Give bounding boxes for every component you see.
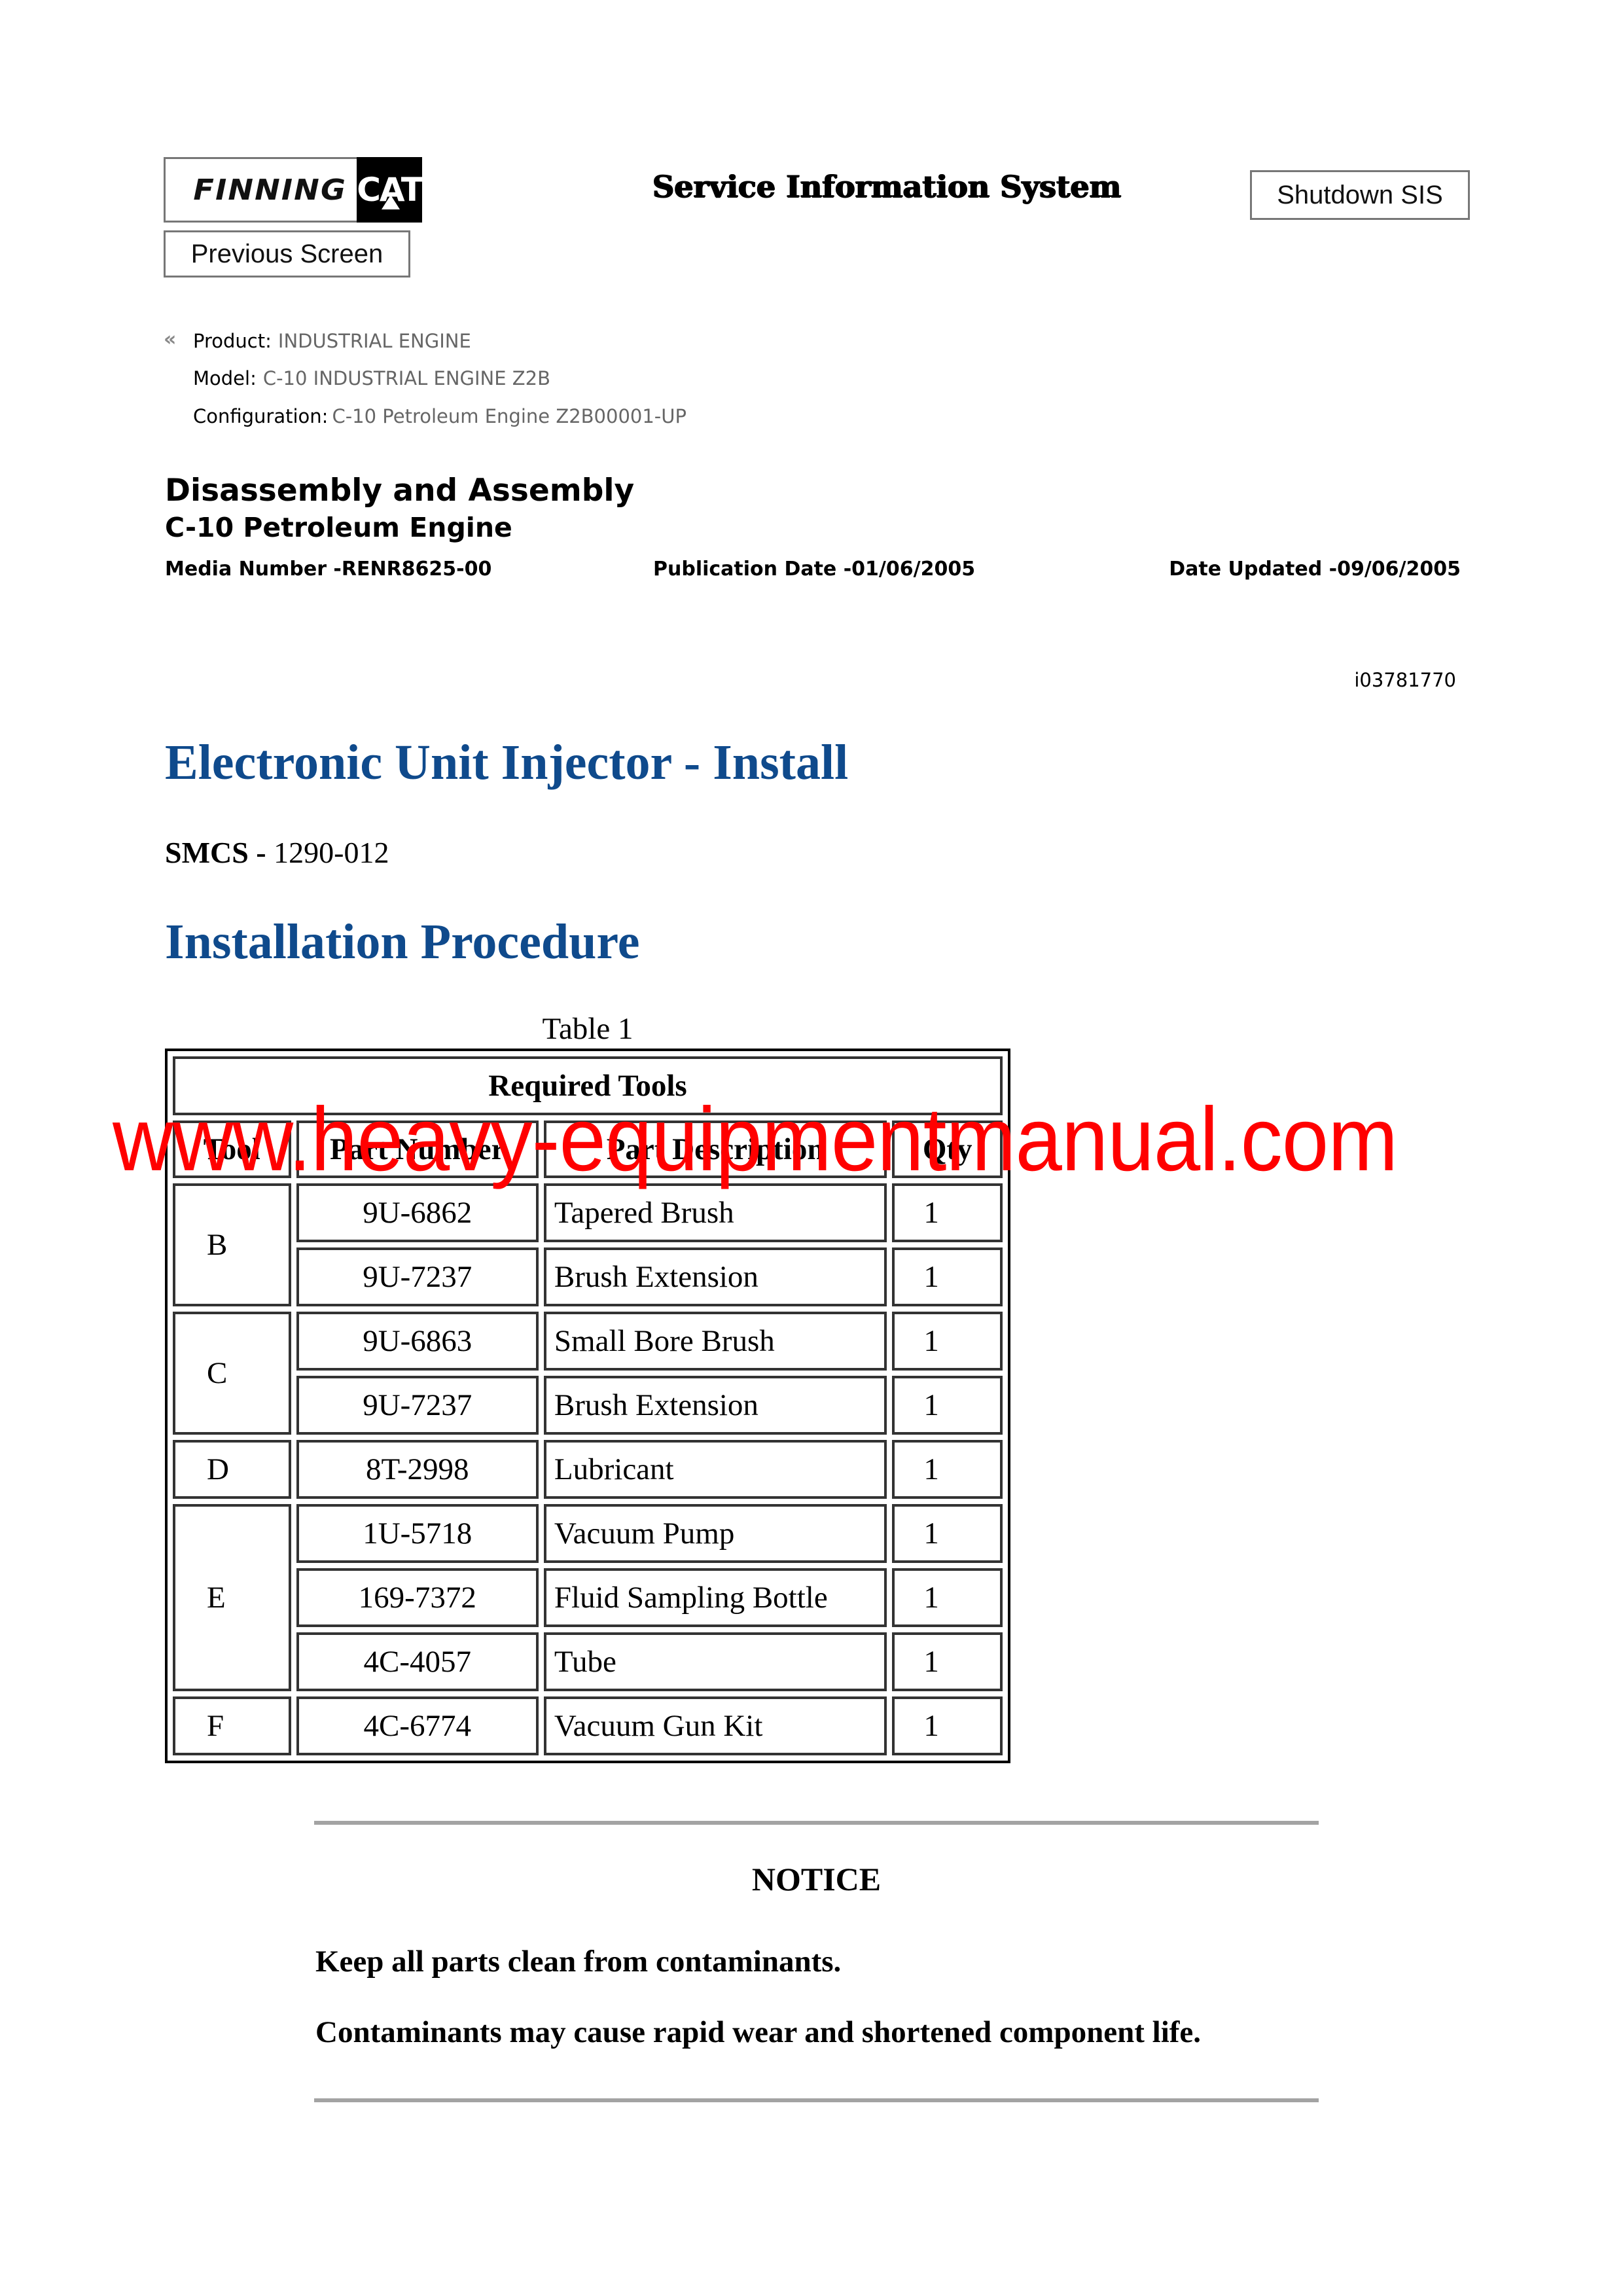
cat-triangle-icon: [382, 195, 400, 209]
table-row: D8T-2998Lubricant1: [173, 1440, 1003, 1499]
document-subtitle: C-10 Petroleum Engine: [165, 512, 512, 543]
part-number: 4C-4057: [296, 1632, 539, 1691]
breadcrumb-value: C-10 Petroleum Engine Z2B00001-UP: [332, 405, 687, 427]
part-description: Fluid Sampling Bottle: [544, 1568, 887, 1627]
notice-bottom-rule: [314, 2098, 1319, 2102]
breadcrumb-configuration: Configuration:C-10 Petroleum Engine Z2B0…: [193, 405, 687, 427]
part-number: 9U-7237: [296, 1247, 539, 1306]
quantity: 1: [892, 1568, 1003, 1627]
quantity: 1: [892, 1696, 1003, 1755]
column-header-qty: Qty: [892, 1121, 1003, 1178]
smcs-code: SMCS - 1290-012: [165, 835, 389, 870]
previous-screen-button[interactable]: Previous Screen: [164, 230, 410, 278]
breadcrumb-model: Model:C-10 INDUSTRIAL ENGINE Z2B: [193, 367, 550, 389]
table-row: 4C-4057Tube1: [173, 1632, 1003, 1691]
part-number: 4C-6774: [296, 1696, 539, 1755]
shutdown-sis-button[interactable]: Shutdown SIS: [1250, 170, 1470, 220]
quantity: 1: [892, 1312, 1003, 1371]
app-title: Service Information System: [652, 169, 1120, 204]
part-description: Tube: [544, 1632, 887, 1691]
table-row: E1U-5718Vacuum Pump1: [173, 1504, 1003, 1563]
finning-logo-text: FINNING: [193, 173, 347, 207]
notice-top-rule: [314, 1821, 1319, 1825]
table-row: 9U-7237Brush Extension1: [173, 1376, 1003, 1435]
part-description: Tapered Brush: [544, 1183, 887, 1242]
breadcrumb-value: INDUSTRIAL ENGINE: [278, 330, 471, 352]
smcs-value: 1290-012: [274, 836, 389, 869]
part-description: Brush Extension: [544, 1247, 887, 1306]
quantity: 1: [892, 1440, 1003, 1499]
table-row: B9U-6862Tapered Brush1: [173, 1183, 1003, 1242]
finning-cat-logo: FINNING CAT: [164, 157, 422, 223]
tool-letter: F: [173, 1696, 291, 1755]
table-row: C9U-6863Small Bore Brush1: [173, 1312, 1003, 1371]
page-title: Electronic Unit Injector - Install: [165, 734, 848, 791]
cat-logo-icon: CAT: [357, 157, 422, 223]
media-number: Media Number -RENR8625-00: [165, 558, 491, 581]
breadcrumb-product: Product:INDUSTRIAL ENGINE: [193, 330, 471, 352]
quantity: 1: [892, 1183, 1003, 1242]
part-number: 9U-6863: [296, 1312, 539, 1371]
tool-letter: E: [173, 1504, 291, 1691]
part-number: 9U-6862: [296, 1183, 539, 1242]
table-title: Required Tools: [173, 1056, 1003, 1115]
part-number: 169-7372: [296, 1568, 539, 1627]
notice-title: NOTICE: [314, 1860, 1319, 1898]
publication-date: Publication Date -01/06/2005: [653, 558, 975, 581]
quantity: 1: [892, 1247, 1003, 1306]
part-description: Vacuum Gun Kit: [544, 1696, 887, 1755]
part-description: Lubricant: [544, 1440, 887, 1499]
tool-letter: D: [173, 1440, 291, 1499]
breadcrumb-label: Configuration:: [193, 405, 328, 427]
quantity: 1: [892, 1504, 1003, 1563]
part-description: Vacuum Pump: [544, 1504, 887, 1563]
breadcrumb-label: Product:: [193, 330, 272, 352]
smcs-label: SMCS -: [165, 836, 266, 869]
tool-letter: C: [173, 1312, 291, 1435]
date-updated: Date Updated -09/06/2005: [1169, 558, 1461, 581]
section-heading: Installation Procedure: [165, 914, 640, 971]
tool-letter: B: [173, 1183, 291, 1306]
notice-line: Keep all parts clean from contaminants.: [315, 1944, 841, 1979]
table-header-row: Tool Part Number Part Description Qty: [173, 1121, 1003, 1178]
column-header-part-description: Part Description: [544, 1121, 887, 1178]
breadcrumb-value: C-10 INDUSTRIAL ENGINE Z2B: [263, 367, 550, 389]
part-description: Small Bore Brush: [544, 1312, 887, 1371]
part-number: 8T-2998: [296, 1440, 539, 1499]
notice-line: Contaminants may cause rapid wear and sh…: [315, 2015, 1201, 2050]
document-title: Disassembly and Assembly: [165, 473, 634, 509]
back-chevron-icon[interactable]: «: [164, 330, 176, 350]
document-id: i03781770: [1354, 669, 1456, 691]
required-tools-table: Required Tools Tool Part Number Part Des…: [165, 1049, 1010, 1763]
quantity: 1: [892, 1632, 1003, 1691]
part-number: 9U-7237: [296, 1376, 539, 1435]
column-header-tool: Tool: [173, 1121, 291, 1178]
table-caption: Table 1: [165, 1011, 1010, 1047]
quantity: 1: [892, 1376, 1003, 1435]
table-row: 169-7372Fluid Sampling Bottle1: [173, 1568, 1003, 1627]
table-row: F4C-6774Vacuum Gun Kit1: [173, 1696, 1003, 1755]
column-header-part-number: Part Number: [296, 1121, 539, 1178]
part-number: 1U-5718: [296, 1504, 539, 1563]
breadcrumb-label: Model:: [193, 367, 257, 389]
part-description: Brush Extension: [544, 1376, 887, 1435]
table-row: 9U-7237Brush Extension1: [173, 1247, 1003, 1306]
